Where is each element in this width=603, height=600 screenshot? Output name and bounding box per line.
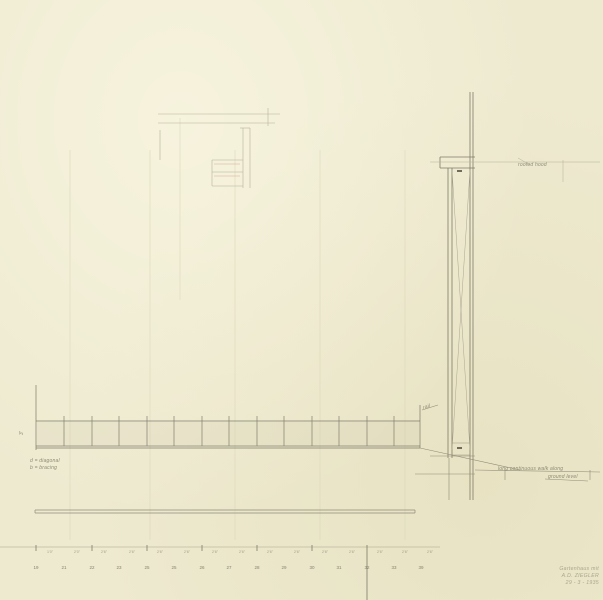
scale-sub-label: 2'0"	[74, 550, 80, 554]
scale-sub-label: 2'6"	[239, 550, 245, 554]
scale-label: 25	[171, 565, 176, 570]
scale-sub-label: 2'6"	[184, 550, 190, 554]
legend-line-2: b = bracing	[30, 465, 57, 471]
dimension-label: 3'	[19, 431, 25, 435]
scale-label: 21	[61, 565, 66, 570]
scale-label: 26	[199, 565, 204, 570]
column-cross-bracing	[452, 170, 470, 450]
caption-line-3: 29 - 3 - 1935	[533, 580, 599, 587]
scale-label: 30	[309, 565, 314, 570]
scale-sub-label: 2'6"	[129, 550, 135, 554]
long-beam	[35, 510, 415, 513]
scale-label: 29	[281, 565, 286, 570]
scale-bar-ticks	[36, 545, 367, 600]
caption-line-1: Gartenhaus mit	[533, 566, 599, 573]
scale-sub-label: 2'6"	[377, 550, 383, 554]
scale-sub-label: 2'6"	[402, 550, 408, 554]
scale-label: 31	[336, 565, 341, 570]
scale-sub-label: 2'6"	[212, 550, 218, 554]
scale-label: 28	[254, 565, 259, 570]
ground-note-2: ground level	[548, 474, 578, 480]
scale-sub-label: 2'6"	[294, 550, 300, 554]
scale-label: 33	[391, 565, 396, 570]
scale-label: 25	[144, 565, 149, 570]
scale-label: 22	[89, 565, 94, 570]
railing-fill	[37, 422, 419, 445]
scale-sub-label: 2'6"	[101, 550, 107, 554]
roof-note: roofed hood	[518, 162, 547, 168]
red-pencil-marks	[214, 164, 240, 176]
scale-sub-label: 2'6"	[267, 550, 273, 554]
scale-label: 39	[418, 565, 423, 570]
scale-label: 23	[116, 565, 121, 570]
scale-label: 32	[364, 565, 369, 570]
ground-note: long continuous walk along	[498, 466, 563, 472]
architectural-drawing	[0, 0, 603, 600]
caption-line-2: A.D. ZIEGLER	[533, 573, 599, 580]
legend-line-1: d = diagonal	[30, 458, 60, 464]
scale-sub-label: 2'6"	[427, 550, 433, 554]
scale-sub-label: 2'6"	[322, 550, 328, 554]
scale-sub-label: 1'0"	[47, 550, 53, 554]
scale-sub-label: 2'6"	[349, 550, 355, 554]
roof-line	[430, 158, 600, 182]
scale-label: 27	[226, 565, 231, 570]
scale-label: 19	[33, 565, 38, 570]
construction-guides	[70, 118, 405, 540]
scale-sub-label: 2'6"	[157, 550, 163, 554]
title-block: Gartenhaus mit A.D. ZIEGLER 29 - 3 - 193…	[533, 566, 599, 587]
tall-column	[440, 92, 475, 500]
